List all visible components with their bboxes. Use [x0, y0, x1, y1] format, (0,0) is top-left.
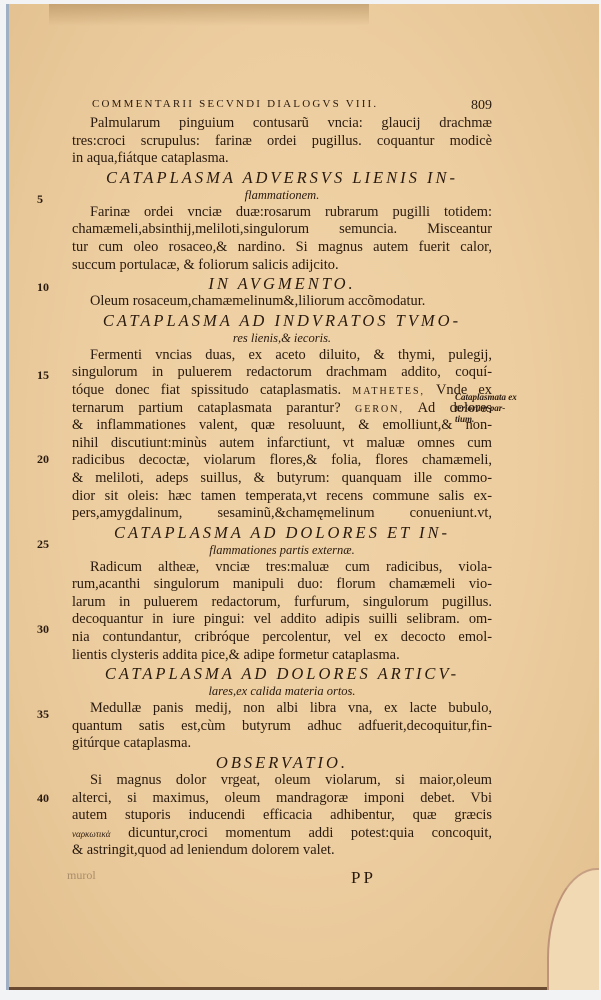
signature-mark: PP	[351, 868, 376, 888]
folio-number: 809	[471, 98, 492, 114]
text-line: rum,acanthi singulorum manipuli duo: flo…	[72, 576, 492, 594]
section-heading: CATAPLASMA AD INDVRATOS TVMO-	[72, 311, 492, 330]
text-line: tur cum oleo rosaceo,& nardino. Si magnu…	[72, 239, 492, 257]
text-line: gitúrque cataplasma.	[72, 735, 492, 753]
line-number: 35	[37, 707, 49, 722]
margin-note-line: Cataplasmata ex	[455, 392, 545, 403]
greek-word: ναρκωτικὰ	[72, 829, 110, 839]
text-line: succum portulacæ, & foliorum salicis adi…	[72, 257, 492, 275]
line-number: 30	[37, 622, 49, 637]
text-line: Radicum altheæ, vnciæ tres:maluæ cum rad…	[72, 559, 492, 577]
text-fragment: dicuntur,croci momentum addi potest:quia…	[128, 825, 492, 841]
text-line: tres:croci scrupulus: farinæ ordei pugil…	[72, 133, 492, 151]
line-number: 25	[37, 537, 49, 552]
text-line: radicibus decoctæ, violarum flores,& fol…	[72, 452, 492, 470]
margin-note-line: tium.	[455, 414, 545, 425]
line-number: 40	[37, 791, 49, 806]
text-line: & astringit,quod ad leniendum dolorem va…	[72, 842, 492, 860]
text-line: quantum satis est,cùm butyrum adhuc adfu…	[72, 718, 492, 736]
text-line: larum in puluerem redactorum, furfurum, …	[72, 594, 492, 612]
text-line: Farinæ ordei vnciæ duæ:rosarum rubrarum …	[72, 204, 492, 222]
text-line: Medullæ panis medij, non albi libra vna,…	[72, 700, 492, 718]
section-subheading: res lienis,& iecoris.	[72, 330, 492, 347]
running-header: COMMENTARII SECVNDI DIALOGVS VIII. 809	[92, 98, 492, 114]
page-corner-fold	[547, 868, 599, 990]
text-line: & meliloti, adeps suillus, & butyrum: qu…	[72, 470, 492, 488]
text-line: Fermenti vncias duas, ex aceto diluito, …	[72, 347, 492, 365]
section-heading: CATAPLASMA ADVERSVS LIENIS IN-	[72, 168, 492, 187]
text-line: nia contundantur, cribróque percolentur,…	[72, 629, 492, 647]
section-heading: OBSERVATIO.	[72, 753, 492, 772]
text-line: pers,amygdalinum, sesaminũ,&chamęmelinum…	[72, 505, 492, 523]
section-heading: CATAPLASMA AD DOLORES ARTICV-	[72, 664, 492, 683]
bleed-through-text: murol	[67, 868, 96, 883]
water-stain	[49, 4, 369, 26]
running-title: COMMENTARII SECVNDI DIALOGVS VIII.	[92, 98, 378, 114]
text-line: dior sit oleis: hæc tamen temperata,vt r…	[72, 488, 492, 506]
section-subheading: lares,ex calida materia ortos.	[72, 683, 492, 700]
text-fragment: tóque donec fiat spissitudo cataplasmati…	[72, 382, 341, 398]
text-line: ternarum partium cataplasmata parantur? …	[72, 400, 492, 418]
margin-note: Cataplasmata ex teriorum par- tium.	[455, 392, 545, 425]
text-line: singulorum in puluerem redactorum drachm…	[72, 364, 492, 382]
line-number: 5	[37, 192, 43, 207]
line-number: 15	[37, 368, 49, 383]
text-line: alterci, si maximus, oleum mandragoræ im…	[72, 790, 492, 808]
book-page: COMMENTARII SECVNDI DIALOGVS VIII. 809 5…	[6, 4, 599, 990]
line-number: 20	[37, 452, 49, 467]
text-line: decoquantur in iure pingui: vel addito a…	[72, 611, 492, 629]
section-subheading: flammationes partis externæ.	[72, 542, 492, 559]
text-line: tóque donec fiat spissitudo cataplasmati…	[72, 382, 492, 400]
body-text: Palmularum pinguium contusarũ vncia: gla…	[72, 115, 492, 860]
text-line: nihil discutiunt:minùs autem infarctiunt…	[72, 435, 492, 453]
section-heading: IN AVGMENTO.	[72, 274, 492, 293]
section-subheading: flammationem.	[72, 187, 492, 204]
text-fragment: ternarum partium cataplasmata parantur?	[72, 400, 341, 416]
text-line: & inflammationes valent, quæ resoluunt, …	[72, 417, 492, 435]
text-line: chamæmeli,absinthij,meliloti,singulorum …	[72, 221, 492, 239]
text-line: lientis clysteris addita pice,& adipe fo…	[72, 647, 492, 665]
text-line: Palmularum pinguium contusarũ vncia: gla…	[72, 115, 492, 133]
text-line: in aqua,fiátque cataplasma.	[72, 150, 492, 168]
text-line: Oleum rosaceum,chamæmelinum&,liliorum ac…	[72, 293, 492, 311]
line-number: 10	[37, 280, 49, 295]
margin-note-line: teriorum par-	[455, 403, 545, 414]
text-line: ναρκωτικὰ dicuntur,croci momentum addi p…	[72, 825, 492, 843]
text-line: autem stuporis inducendi efficacia adhib…	[72, 807, 492, 825]
speaker-geron: GERON,	[355, 404, 404, 415]
text-line: Si magnus dolor vrgeat, oleum violarum, …	[72, 772, 492, 790]
section-heading: CATAPLASMA AD DOLORES ET IN-	[72, 523, 492, 542]
speaker-mathetes: MATHETES,	[352, 386, 425, 397]
